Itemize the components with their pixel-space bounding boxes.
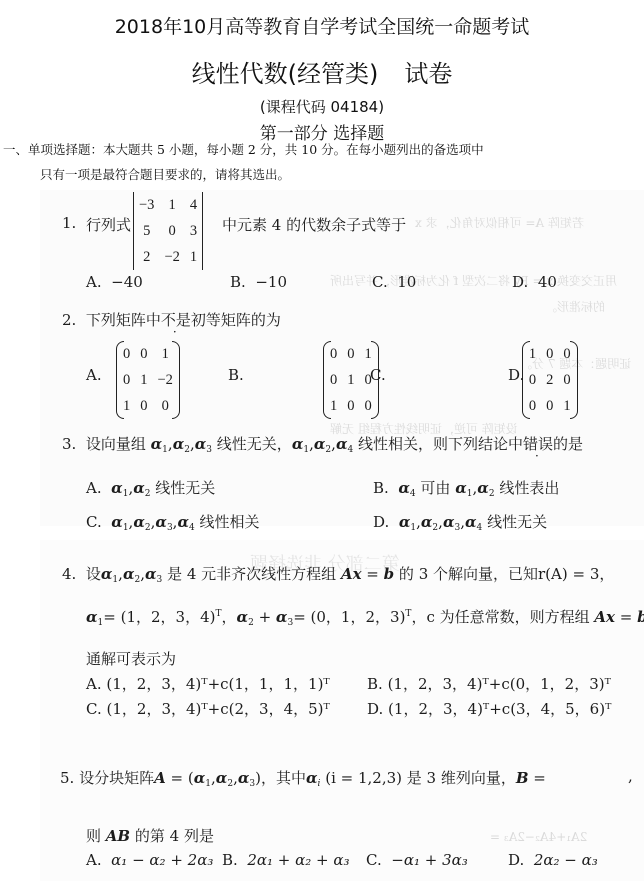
- q3-option-d[interactable]: D. α1,α2,α3,α4 线性无关: [373, 511, 547, 533]
- question-4-line-1: 4. 设α1,α2,α3 是 4 元非齐次线性方程组 Ax = b 的 3 个解…: [62, 563, 614, 585]
- q2-option-a-matrix: 001 01−2 100: [118, 341, 178, 419]
- q2-option-d-label[interactable]: D.: [508, 366, 524, 384]
- question-2-stem: 2. 下列矩阵中不是初等矩阵的为: [62, 309, 281, 330]
- question-1-number: 1.: [62, 214, 76, 232]
- question-1-determinant: −314 503 2−21: [133, 192, 203, 270]
- bleed-through-text: 2A₁+4A₂−2A₃ =: [490, 830, 587, 844]
- q3-option-b[interactable]: B. α4 可由 α1,α2 线性表出: [373, 477, 559, 499]
- q2-option-c-label[interactable]: C.: [370, 366, 386, 384]
- q5-option-a[interactable]: A. α₁ − α₂ + 2α₃: [86, 851, 213, 869]
- exam-title: 2018年10月高等教育自学考试全国统一命题考试: [0, 12, 644, 39]
- subject-suffix: 试卷: [404, 60, 452, 88]
- q2-option-a-label[interactable]: A.: [86, 366, 102, 384]
- question-1-suffix: 中元素 4 的代数余子式等于: [222, 214, 406, 235]
- subject-name: 线性代数(经管类): [192, 60, 379, 88]
- q1-option-a[interactable]: A. −40: [86, 273, 143, 291]
- q4-option-c[interactable]: C. (1，2，3，4)ᵀ+c(2，3，4，5)ᵀ: [86, 698, 330, 719]
- q4-option-d[interactable]: D. (1，2，3，4)ᵀ+c(3，4，5，6)ᵀ: [367, 698, 611, 719]
- q2-option-c-matrix: 100 020 001: [524, 341, 576, 419]
- question-5-comma: ,: [628, 767, 633, 785]
- q5-option-d[interactable]: D. 2α₂ − α₃: [508, 851, 598, 869]
- q4-option-a[interactable]: A. (1，2，3，4)ᵀ+c(1，1，1，1)ᵀ: [86, 673, 330, 694]
- bleed-through-text: 若矩阵 A= 可相似对角化，求 x: [415, 214, 584, 231]
- q2-option-b-label[interactable]: B.: [228, 366, 244, 384]
- q3-option-c[interactable]: C. α1,α2,α3,α4 线性相关: [86, 511, 260, 533]
- exam-subject: 线性代数(经管类)试卷: [0, 54, 644, 89]
- question-1-prefix: 行列式: [86, 214, 131, 235]
- question-3-stem: 3. 设向量组 α1,α2,α3 线性无关，α1,α2,α4 线性相关，则下列结…: [62, 433, 583, 455]
- instructions-line-2: 只有一项是最符合题目要求的，请将其选出。: [40, 165, 290, 183]
- instructions-line-1: 一、单项选择题：本大题共 5 小题，每小题 2 分，共 10 分。在每小题列出的…: [3, 140, 484, 158]
- emphasis-text: 不是: [161, 311, 191, 329]
- question-5-stem: 5. 设分块矩阵A = (α1,α2,α3)，其中αi (i = 1,2,3) …: [60, 767, 546, 789]
- question-4-line-3: 通解可表示为: [86, 648, 176, 669]
- q4-option-b[interactable]: B. (1，2，3，4)ᵀ+c(0，1，2，3)ᵀ: [367, 673, 611, 694]
- q5-option-c[interactable]: C. −α₁ + 3α₃: [366, 851, 468, 869]
- bleed-through-text: 的标准形。: [545, 298, 605, 315]
- q5-option-b[interactable]: B. 2α₁ + α₂ + α₃: [222, 851, 350, 869]
- question-5-line-2: 则 AB 的第 4 列是: [86, 825, 214, 846]
- q3-option-a[interactable]: A. α1,α2 线性无关: [86, 477, 215, 499]
- question-4-line-2: α1= (1，2，3，4)T，α2 + α3= (0，1，2，3)T，c 为任意…: [86, 606, 644, 628]
- course-code: (课程代码 04184): [0, 96, 644, 117]
- q1-option-d[interactable]: D. 40: [512, 273, 557, 291]
- q1-option-b[interactable]: B. −10: [230, 273, 287, 291]
- q1-option-c[interactable]: C. 10: [372, 273, 416, 291]
